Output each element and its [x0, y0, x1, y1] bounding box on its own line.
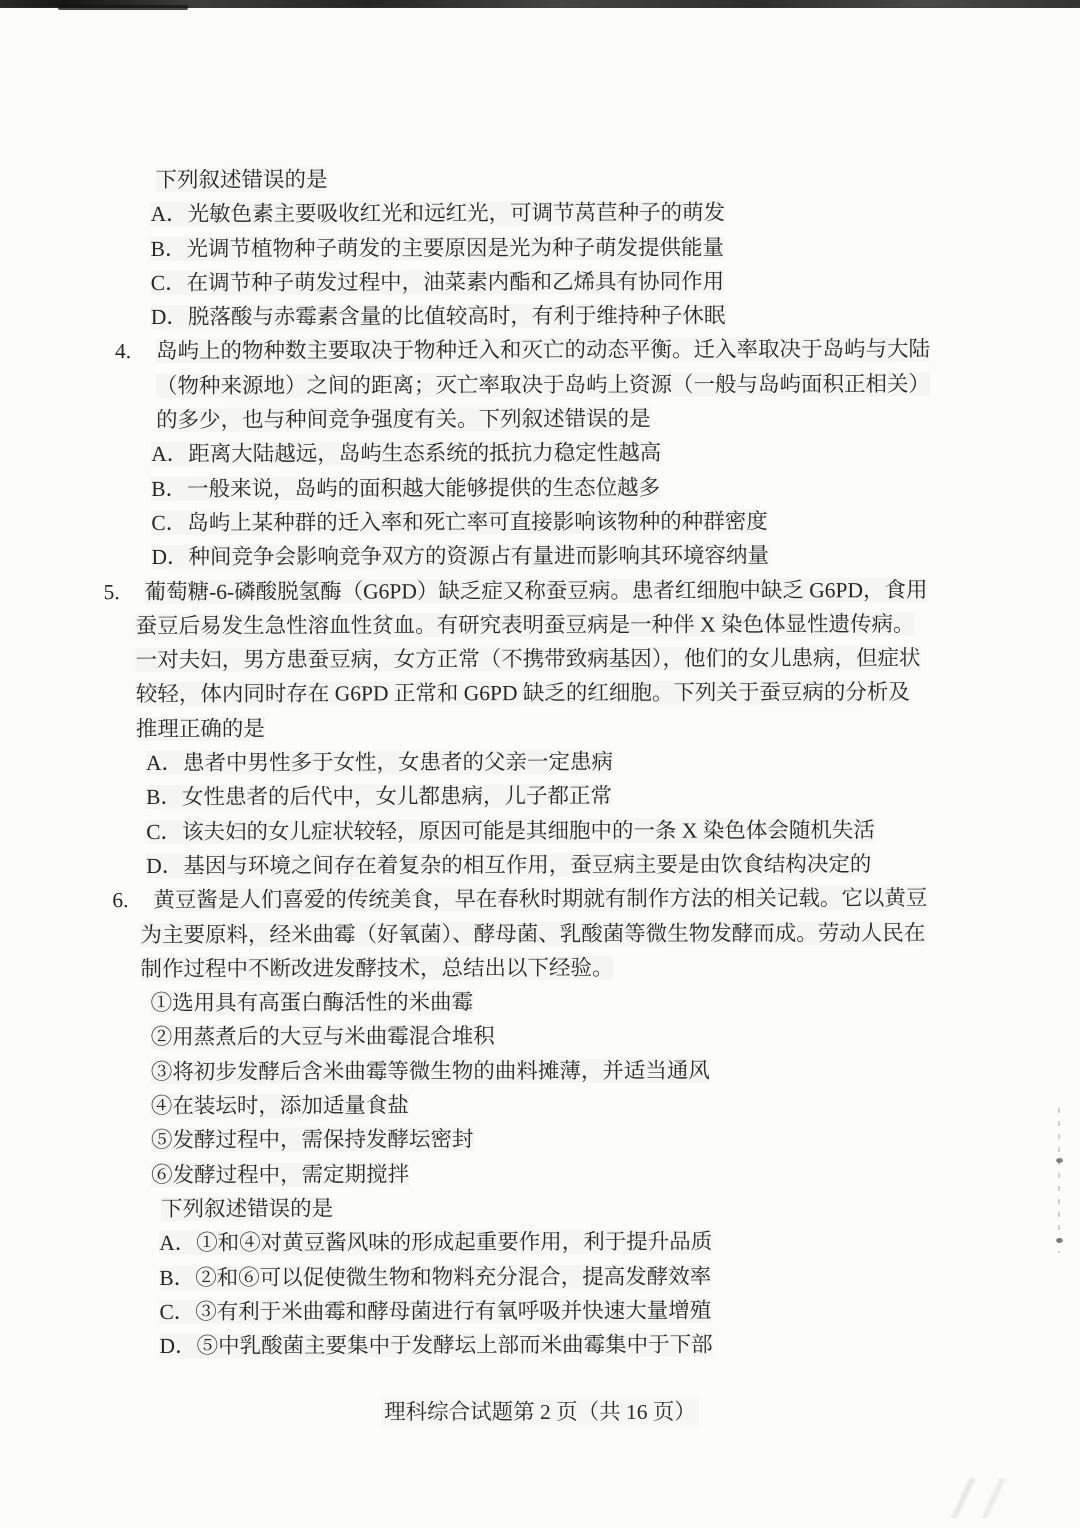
question-3-option-b: B．光调节植物种子萌发的主要原因是光为种子萌发提供能量 — [151, 229, 1079, 266]
question-5-option-d: D．基因与环境之间存在着复杂的相互作用，蚕豆病主要是由饮食结构决定的 — [146, 847, 1080, 884]
question-5: 5.葡萄糖-6-磷酸脱氢酶（G6PD）缺乏症又称蚕豆病。患者红细胞中缺乏 G6P… — [0, 572, 1080, 883]
question-4-stem-line: 4.岛屿上的物种数主要取决于物种迁入和灭亡的动态平衡。迁入率取决于岛屿与大陆 — [115, 332, 1079, 369]
question-6-option-b: B．②和⑥可以促使微生物和物料充分混合，提高发酵效率 — [159, 1258, 1080, 1295]
question-6-step-4: ④在装坛时，添加适量食盐 — [151, 1087, 1080, 1124]
question-5-option-b: B．女性患者的后代中，女儿都患病，儿子都正常 — [146, 778, 1080, 815]
question-4-stem-line: （物种来源地）之间的距离；灭亡率取决于岛屿上资源（一般与岛屿面积正相关） — [156, 366, 1079, 403]
question-5-stem-line: 5.葡萄糖-6-磷酸脱氢酶（G6PD）缺乏症又称蚕豆病。患者红细胞中缺乏 G6P… — [104, 572, 1080, 609]
question-4-option-d: D．种间竞争会影响竞争双方的资源占有量进而影响其环境容纳量 — [151, 538, 1079, 575]
page-footer: 理科综合试题第 2 页（共 16 页） — [0, 1395, 1080, 1426]
question-3-partial: 下列叙述错误的是 A．光敏色素主要吸收红光和远红光，可调节莴苣种子的萌发 B．光… — [0, 161, 1079, 335]
page-content: 下列叙述错误的是 A．光敏色素主要吸收红光和远红光，可调节莴苣种子的萌发 B．光… — [0, 161, 1080, 1364]
question-6-option-a: A．①和④对黄豆酱风味的形成起重要作用，利于提升品质 — [159, 1224, 1080, 1261]
question-6-stem-line: 制作过程中不断改进发酵技术，总结出以下经验。 — [140, 949, 1080, 986]
question-5-stem-line: 一对夫妇，男方患蚕豆病，女方正常（不携带致病基因），他们的女儿患病，但症状 — [136, 641, 1080, 678]
question-6-stem-line: 6.黄豆酱是人们喜爱的传统美食，早在春秋时期就有制作方法的相关记载。它以黄豆 — [112, 881, 1080, 918]
question-3-option-d: D．脱落酸与赤霉素含量的比值较高时，有利于维持种子休眠 — [151, 298, 1079, 335]
scan-edge-artifact-blob — [58, 5, 188, 10]
question-6-step-5: ⑤发酵过程中，需保持发酵坛密封 — [151, 1121, 1080, 1158]
question-3-option-c: C．在调节种子萌发过程中，油菜素内酯和乙烯具有协同作用 — [151, 263, 1079, 300]
question-6-prompt: 下列叙述错误的是 — [161, 1189, 1080, 1226]
question-5-option-c: C．该夫妇的女儿症状较轻，原因可能是其细胞中的一条 X 染色体会随机失活 — [146, 812, 1080, 849]
question-6-step-6: ⑥发酵过程中，需定期搅拌 — [151, 1155, 1080, 1192]
question-6-step-3: ③将初步发酵后含米曲霉等微生物的曲料摊薄，并适当通风 — [151, 1052, 1080, 1089]
question-4: 4.岛屿上的物种数主要取决于物种迁入和灭亡的动态平衡。迁入率取决于岛屿与大陆 （… — [0, 332, 1080, 575]
question-4-option-b: B．一般来说，岛屿的面积越大能够提供的生态位越多 — [151, 469, 1079, 506]
question-6: 6.黄豆酱是人们喜爱的传统美食，早在春秋时期就有制作方法的相关记载。它以黄豆 为… — [0, 881, 1080, 1364]
question-5-stem-line: 推理正确的是 — [136, 709, 1080, 746]
question-3-option-a: A．光敏色素主要吸收红光和远红光，可调节莴苣种子的萌发 — [151, 195, 1079, 232]
exam-page-scan: 下列叙述错误的是 A．光敏色素主要吸收红光和远红光，可调节莴苣种子的萌发 B．光… — [0, 0, 1080, 1528]
question-5-number: 5. — [104, 575, 145, 609]
question-6-number: 6. — [112, 883, 153, 917]
question-6-stem-line: 为主要原料，经米曲霉（好氧菌）、酵母菌、乳酸菌等微生物发酵而成。劳动人民在 — [140, 915, 1080, 952]
scan-crease-artifact — [890, 1478, 1040, 1518]
question-4-number: 4. — [115, 334, 156, 368]
question-3-prompt: 下列叙述错误的是 — [155, 161, 1078, 198]
question-6-option-c: C．③有利于米曲霉和酵母菌进行有氧呼吸并快速大量增殖 — [159, 1292, 1080, 1329]
question-4-stem-line: 的多少，也与种间竞争强度有关。下列叙述错误的是 — [156, 401, 1079, 438]
question-4-option-a: A．距离大陆越远，岛屿生态系统的抵抗力稳定性越高 — [151, 435, 1079, 472]
question-4-option-c: C．岛屿上某种群的迁入率和死亡率可直接影响该物种的种群密度 — [151, 504, 1079, 541]
question-6-step-2: ②用蒸煮后的大豆与米曲霉混合堆积 — [151, 1018, 1080, 1055]
question-5-stem-line: 较轻，体内同时存在 G6PD 正常和 G6PD 缺乏的红细胞。下列关于蚕豆病的分… — [136, 675, 1080, 712]
question-5-option-a: A．患者中男性多于女性，女患者的父亲一定患病 — [146, 744, 1080, 781]
question-6-option-d: D．⑤中乳酸菌主要集中于发酵坛上部而米曲霉集中于下部 — [159, 1327, 1080, 1364]
question-5-stem-line: 蚕豆后易发生急性溶血性贫血。有研究表明蚕豆病是一种伴 X 染色体显性遗传病。 — [136, 606, 1080, 643]
question-6-step-1: ①选用具有高蛋白酶活性的米曲霉 — [151, 984, 1080, 1021]
